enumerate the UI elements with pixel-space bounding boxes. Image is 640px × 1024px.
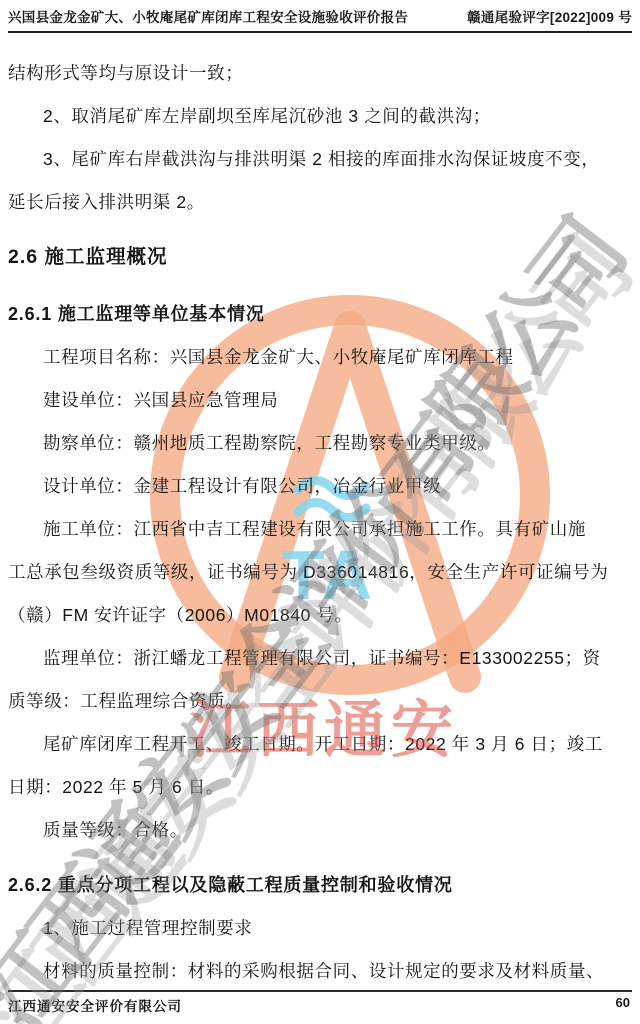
text-line: 结构形式等均与原设计一致； [8,52,632,95]
text-line: 质量等级：合格。 [8,809,632,852]
text-line: 监理单位：浙江蟠龙工程管理有限公司，证书编号：E133002255；资 [8,637,632,680]
header-report-title: 兴国县金龙金矿大、小牧庵尾矿库闭库工程安全设施验收评价报告 [8,6,408,26]
header-doc-number: 赣通尾验评字[2022]009 号 [467,6,632,26]
text-line: 2、取消尾矿库左岸副坝至库尾沉砂池 3 之间的截洪沟； [8,95,632,138]
text-line: 日期：2022 年 5 月 6 日。 [8,766,632,809]
text-line: 3、尾矿库右岸截洪沟与排洪明渠 2 相接的库面排水沟保证坡度不变， [8,138,632,181]
text-line: 质等级：工程监理综合资质。 [8,680,632,723]
text-line: 设计单位：金建工程设计有限公司，冶金行业甲级 [8,465,632,508]
page-footer: 江西通安安全评价有限公司 60 [8,990,632,1015]
section-heading-2-6: 2.6 施工监理概况 [8,236,632,279]
text-line: 施工单位：江西省中吉工程建设有限公司承担施工工作。具有矿山施 [8,508,632,551]
footer-company-name: 江西通安安全评价有限公司 [8,995,182,1015]
text-line: 1、施工过程管理控制要求 [8,907,632,950]
document-body: 结构形式等均与原设计一致；2、取消尾矿库左岸副坝至库尾沉砂池 3 之间的截洪沟；… [8,52,632,993]
text-line: 材料的质量控制：材料的采购根据合同、设计规定的要求及材料质量、 [8,950,632,993]
page-number: 60 [616,995,632,1010]
text-line: （赣）FM 安许证字（2006）M01840 号。 [8,594,632,637]
text-line: 工程项目名称：兴国县金龙金矿大、小牧庵尾矿库闭库工程 [8,336,632,379]
section-heading-2-6-2: 2.6.2 重点分项工程以及隐蔽工程质量控制和验收情况 [8,864,632,907]
page-header: 兴国县金龙金矿大、小牧庵尾矿库闭库工程安全设施验收评价报告 赣通尾验评字[202… [8,0,632,33]
text-line: 工总承包叁级资质等级，证书编号为 D336014816，安全生产许可证编号为 [8,551,632,594]
text-line: 建设单位：兴国县应急管理局 [8,379,632,422]
text-line: 勘察单位：赣州地质工程勘察院，工程勘察专业类甲级。 [8,422,632,465]
text-line: 延长后接入排洪明渠 2。 [8,181,632,224]
section-heading-2-6-1: 2.6.1 施工监理等单位基本情况 [8,293,632,336]
document-page: TA 兴国县金龙金矿大、小牧庵尾矿库闭库工程安全设施验收评价报告 赣通尾验评字[… [0,0,640,1024]
text-line: 尾矿库闭库工程开工、竣工日期。开工日期：2022 年 3 月 6 日；竣工 [8,723,632,766]
